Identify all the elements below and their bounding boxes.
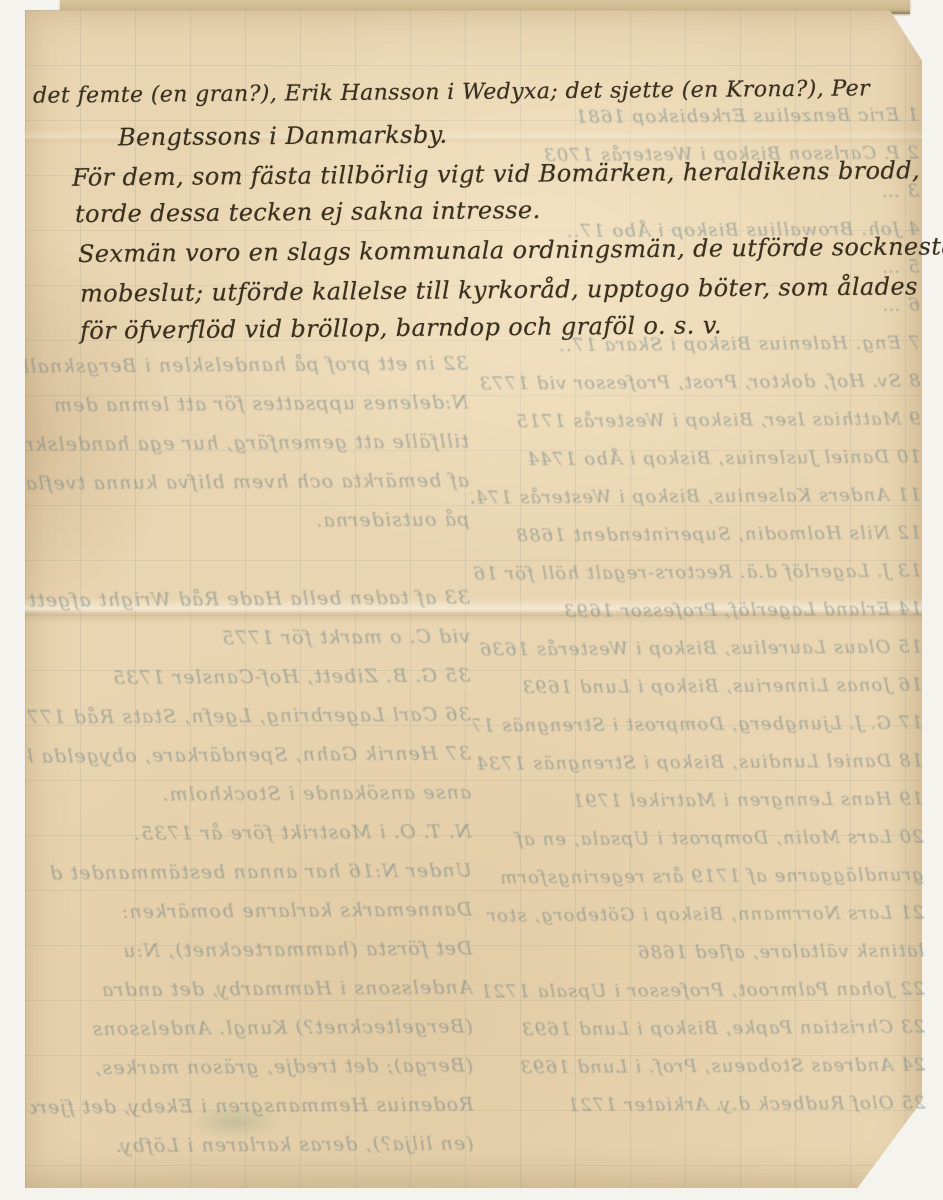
fold-crease [25, 598, 922, 624]
handwritten-line: torde dessa tecken ej sakna intresse. [75, 196, 541, 228]
scanned-document: 32 in ett prof på handelsklen i Bergskna… [0, 0, 943, 1200]
handwritten-line: för öfverflöd vid bröllop, barndop och g… [80, 311, 722, 345]
handwritten-line: Bengtssons i Danmarksby. [118, 121, 448, 152]
ink-smudge [190, 1105, 280, 1139]
